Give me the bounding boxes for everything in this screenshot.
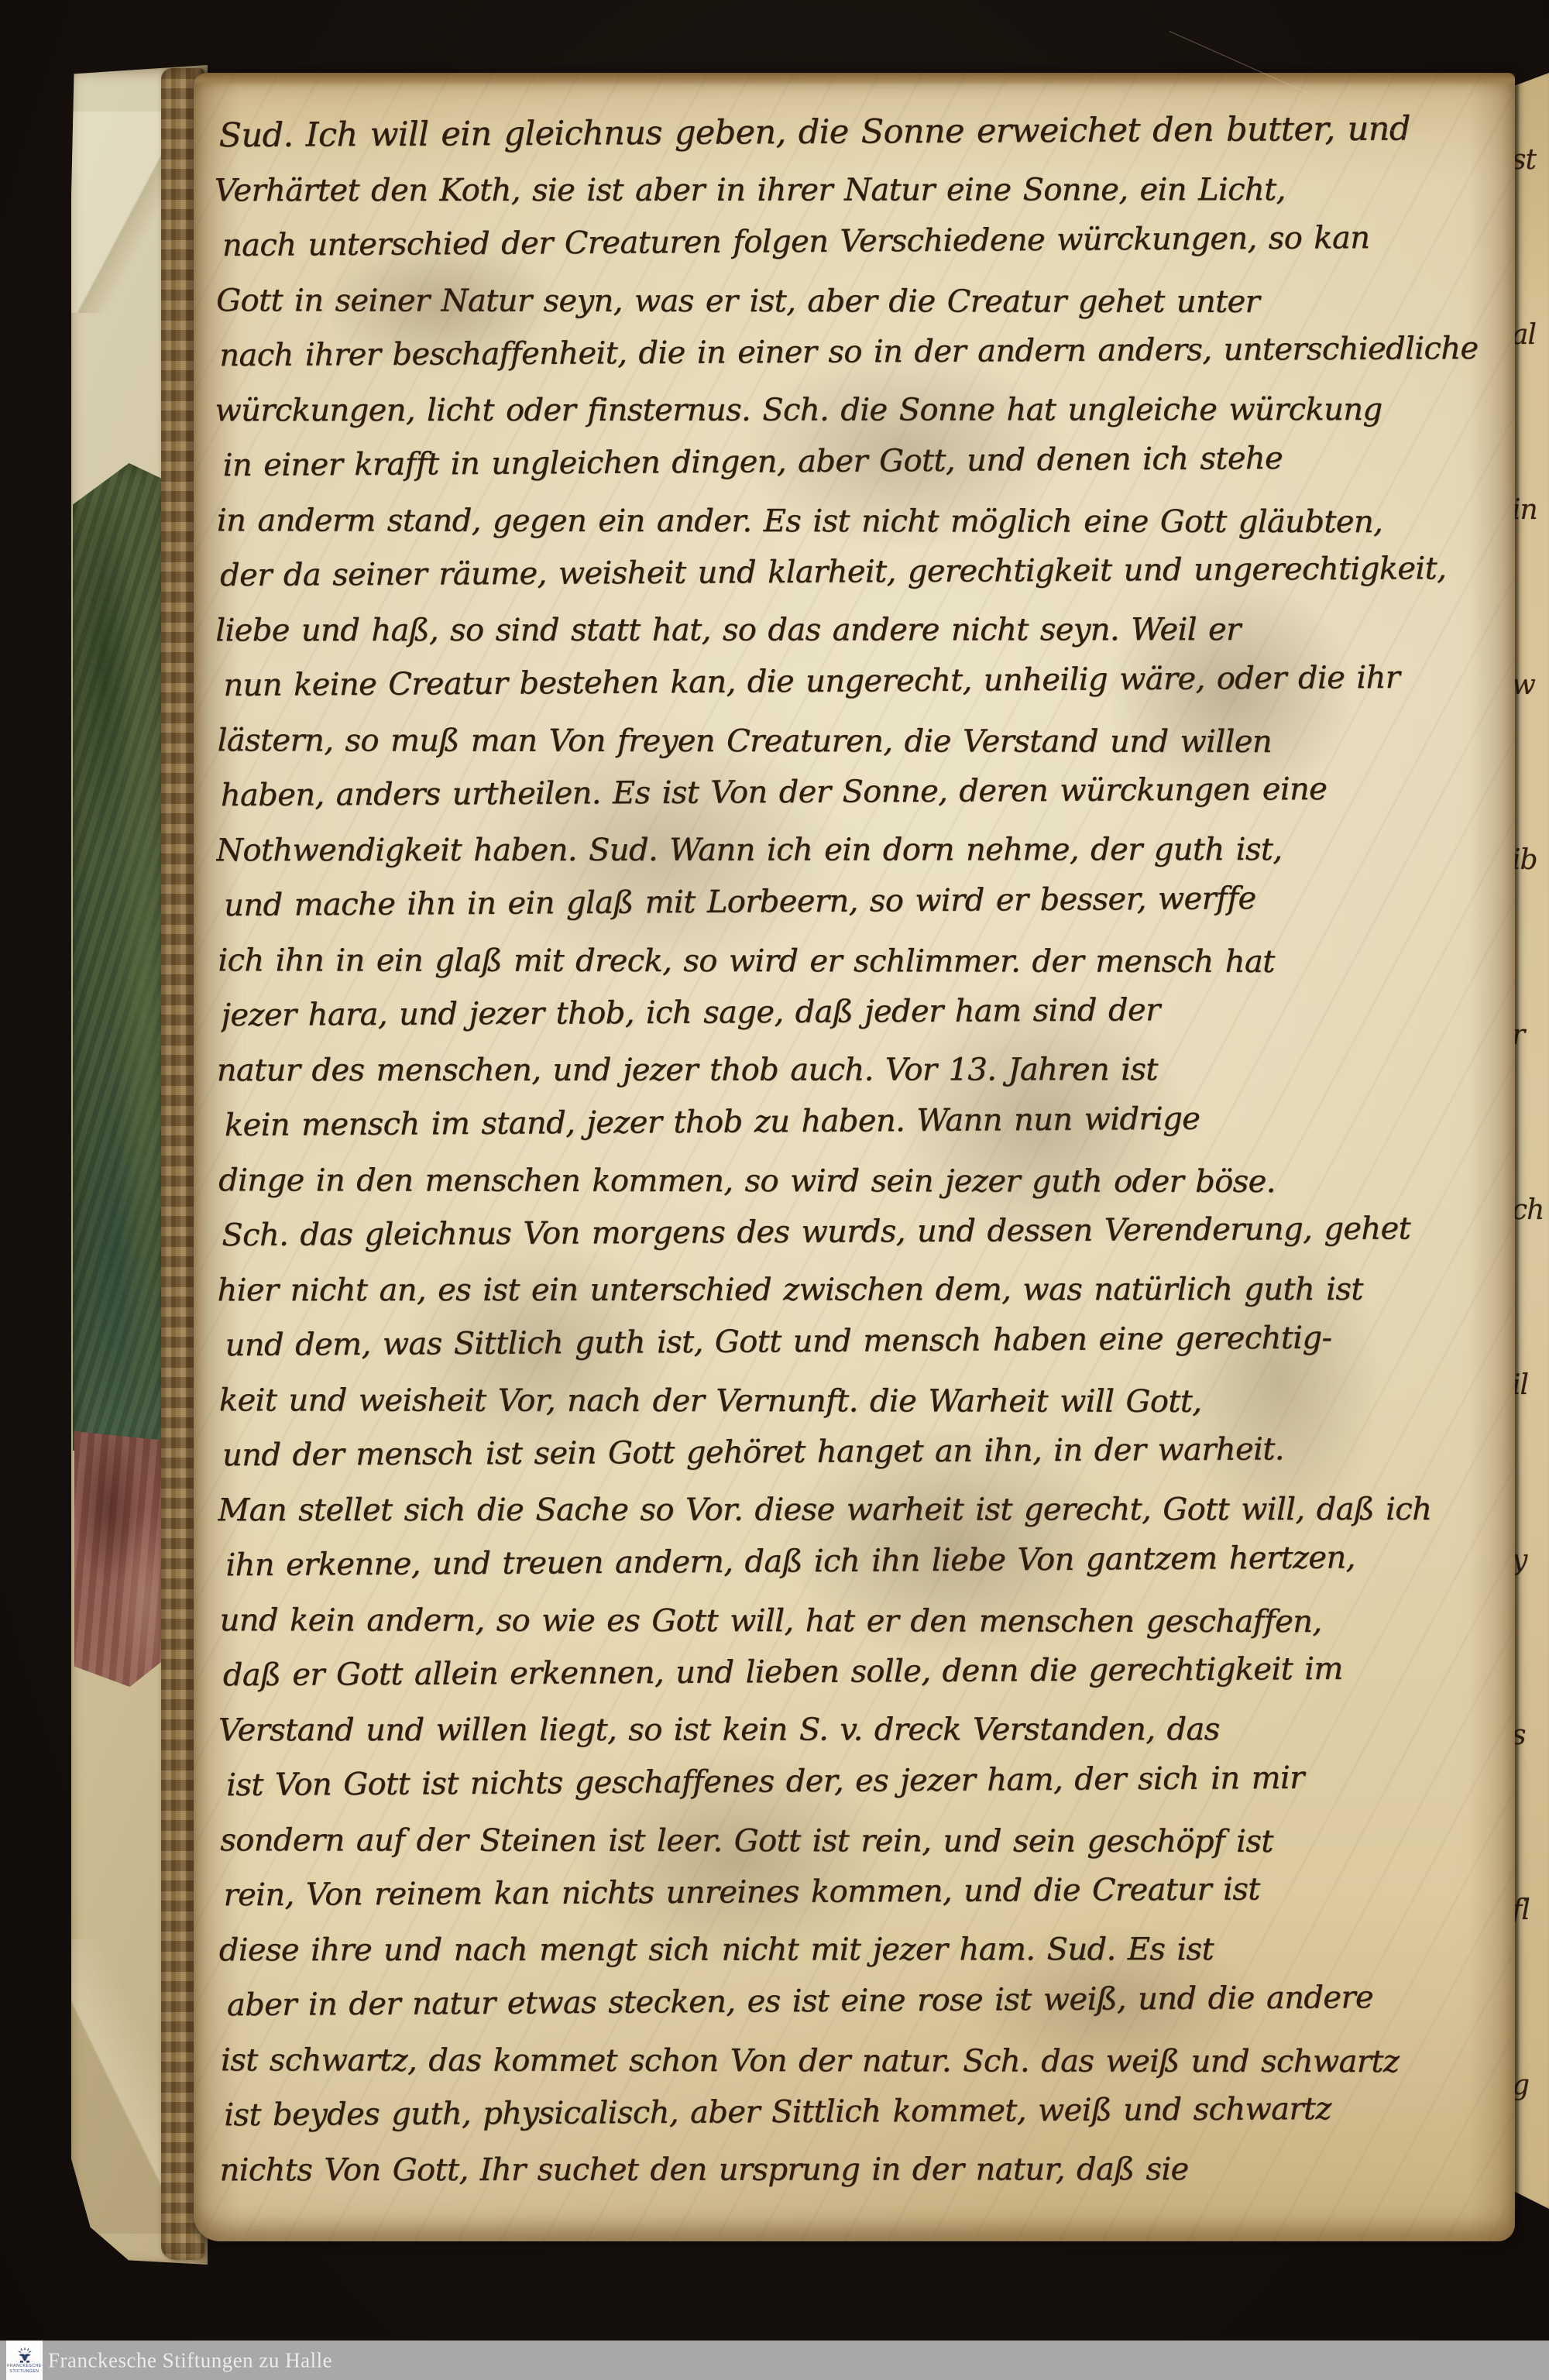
- marbled-endpaper-red: [74, 1431, 175, 1687]
- next-page-text-fragment: fl: [1515, 1823, 1546, 1998]
- manuscript-line: nun keine Creatur bestehen kan, die unge…: [223, 650, 1507, 713]
- manuscript-photo: stalinwibrchilysflg Sud. Ich will ein gl…: [0, 0, 1549, 2380]
- manuscript-line: Verhärtet den Koth, sie ist aber in ihre…: [215, 163, 1499, 218]
- next-page-text-fragment: ch: [1515, 1123, 1546, 1298]
- next-page-text-fragment: st: [1515, 73, 1546, 248]
- logo-caption-line1: FRANCKESCHE: [7, 2364, 41, 2368]
- manuscript-line: ist Von Gott ist nichts geschaffenes der…: [226, 1750, 1510, 1813]
- manuscript-line: Man stellet sich die Sache so Vor. diese…: [218, 1482, 1502, 1538]
- manuscript-line: haben, anders urtheilen. Es ist Von der …: [221, 761, 1505, 824]
- manuscript-line: jezer hara, und jezer thob, ich sage, da…: [221, 981, 1505, 1044]
- next-page-text-fragment: al: [1515, 248, 1546, 423]
- institution-logo: FRANCKESCHE STIFTUNGEN: [6, 2341, 43, 2380]
- next-page-sliver: stalinwibrchilysflg: [1515, 73, 1549, 2209]
- institution-title: Franckesche Stiftungen zu Halle: [48, 2348, 332, 2372]
- caption-bar: FRANCKESCHE STIFTUNGEN Franckesche Stift…: [0, 2341, 1549, 2380]
- next-page-text-fragment: w: [1515, 598, 1546, 773]
- manuscript-line: Sch. das gleichnus Von morgens des wurds…: [222, 1201, 1506, 1264]
- manuscript-line: aber in der natur etwas stecken, es ist …: [227, 1970, 1511, 2033]
- manuscript-text: Sud. Ich will ein gleichnus geben, die S…: [215, 105, 1505, 2198]
- next-page-text-fragment: in: [1515, 423, 1546, 598]
- next-page-text-fragment: il: [1515, 1298, 1546, 1473]
- logo-caption-line2: STIFTUNGEN: [10, 2369, 39, 2374]
- manuscript-line: Verstand und willen liegt, so ist kein S…: [218, 1702, 1503, 1758]
- next-page-text-fragment: y: [1515, 1473, 1546, 1648]
- manuscript-line: Nothwendigkeit haben. Sud. Wann ich ein …: [216, 823, 1500, 878]
- marbled-endpaper-green: [73, 463, 175, 1451]
- manuscript-line: daß er Gott allein erkennen, und lieben …: [223, 1641, 1507, 1704]
- eagle-sun-emblem: [16, 2347, 33, 2363]
- manuscript-line: und der mensch ist sein Gott gehöret han…: [222, 1421, 1506, 1484]
- manuscript-line: in einer krafft in ungleichen dingen, ab…: [222, 430, 1506, 493]
- manuscript-line: liebe und haß, so sind statt hat, so das…: [215, 603, 1499, 658]
- manuscript-line: diese ihre und nach mengt sich nicht mit…: [219, 1922, 1503, 1978]
- manuscript-line: nach unterschied der Creaturen folgen Ve…: [222, 210, 1506, 273]
- manuscript-line: ist beydes guth, physicalisch, aber Sitt…: [224, 2081, 1508, 2144]
- manuscript-line: rein, Von reinem kan nichts unreines kom…: [223, 1861, 1507, 1924]
- manuscript-line: nach ihrer beschaffenheit, die in einer …: [219, 321, 1503, 384]
- manuscript-line: und mache ihn in ein glaß mit Lorbeern, …: [224, 870, 1508, 933]
- next-page-text-fragment: ib: [1515, 773, 1546, 948]
- manuscript-page: Sud. Ich will ein gleichnus geben, die S…: [194, 73, 1515, 2241]
- manuscript-line: würckungen, licht oder finsternus. Sch. …: [215, 383, 1499, 438]
- manuscript-line: hier nicht an, es ist ein unterschied zw…: [217, 1262, 1501, 1318]
- manuscript-line: ihn erkenne, und treuen andern, daß ich …: [225, 1530, 1510, 1593]
- next-page-text-fragment: g: [1515, 1998, 1546, 2173]
- manuscript-line: kein mensch im stand, jezer thob zu habe…: [225, 1090, 1509, 1153]
- manuscript-line: und dem, was Sittlich guth ist, Gott und…: [225, 1310, 1509, 1373]
- manuscript-line: der da seiner räume, weisheit und klarhe…: [220, 541, 1504, 604]
- next-page-text-fragment: r: [1515, 948, 1546, 1123]
- next-page-text-fragment: s: [1515, 1648, 1546, 1823]
- page-top-edge: [194, 73, 1515, 85]
- manuscript-line: natur des menschen, und jezer thob auch.…: [217, 1042, 1501, 1098]
- manuscript-line: nichts Von Gott, Ihr suchet den ursprung…: [219, 2142, 1503, 2198]
- manuscript-line: Sud. Ich will ein gleichnus geben, die S…: [218, 101, 1503, 164]
